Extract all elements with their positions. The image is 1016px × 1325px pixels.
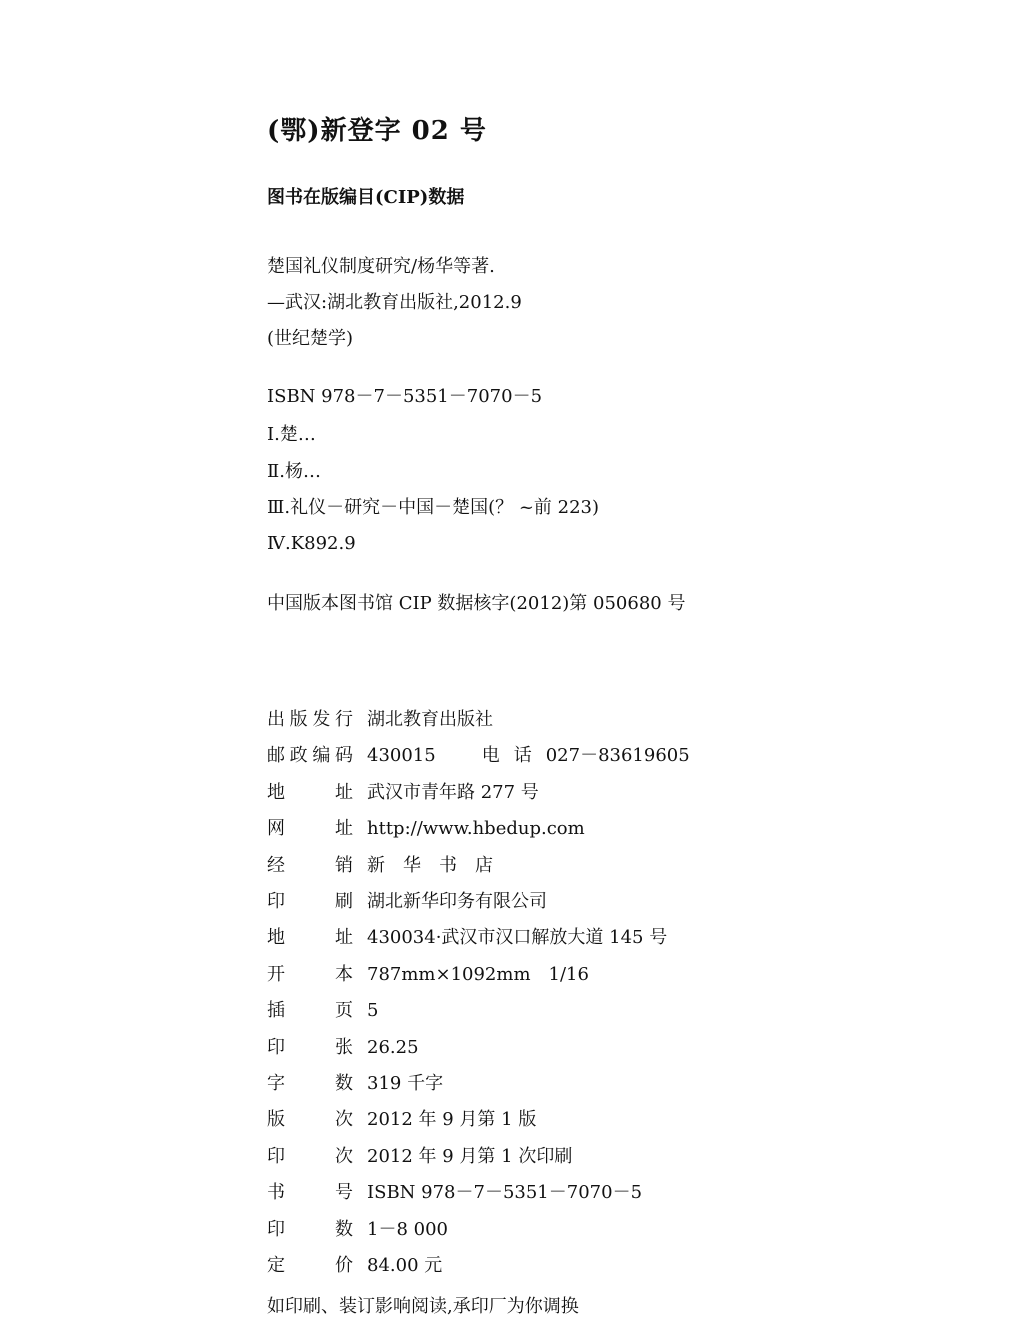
colophon-label: 邮政编码 xyxy=(267,744,353,768)
colophon-value: 新 华 书 店 xyxy=(367,854,493,878)
colophon-label: 出版发行 xyxy=(267,708,353,732)
colophon-label: 书号 xyxy=(267,1181,353,1205)
cip-publisher-line: —武汉:湖北教育出版社,2012.9 xyxy=(267,292,522,314)
colophon-value: 26.25 xyxy=(367,1036,419,1060)
cip-subject-2: Ⅱ.杨… xyxy=(267,461,321,483)
colophon-value: 湖北教育出版社 xyxy=(367,708,493,732)
cip-subject-3: Ⅲ.礼仪－研究－中国－楚国(？ ~前 223) xyxy=(267,497,599,519)
colophon-value: 2012 年 9 月第 1 版 xyxy=(367,1108,536,1132)
colophon-label: 开本 xyxy=(267,963,353,987)
colophon-sublabel-phone: 电话 xyxy=(482,744,532,768)
colophon-row-printer-address: 地址430034·武汉市汉口解放大道 145 号 xyxy=(267,926,667,950)
colophon-value: 787mm×1092mm 1/16 xyxy=(367,963,589,987)
colophon-row-printing: 印次2012 年 9 月第 1 次印刷 xyxy=(267,1145,572,1169)
colophon-row-isbn: 书号ISBN 978－7－5351－7070－5 xyxy=(267,1181,642,1205)
replacement-notice: 如印刷、装订影响阅读,承印厂为你调换 xyxy=(267,1292,579,1318)
colophon-value: 2012 年 9 月第 1 次印刷 xyxy=(367,1145,572,1169)
colophon-label: 印张 xyxy=(267,1036,353,1060)
cip-heading: 图书在版编目(CIP)数据 xyxy=(267,183,464,209)
colophon-row-website: 网址http://www.hbedup.com xyxy=(267,817,585,841)
colophon-value: http://www.hbedup.com xyxy=(367,817,585,841)
colophon-row-publisher: 出版发行湖北教育出版社 xyxy=(267,708,493,732)
colophon-label: 字数 xyxy=(267,1072,353,1096)
colophon-value: 武汉市青年路 277 号 xyxy=(367,781,539,805)
colophon-value: 1－8 000 xyxy=(367,1218,448,1242)
colophon-label: 印次 xyxy=(267,1145,353,1169)
colophon-label: 印刷 xyxy=(267,890,353,914)
cip-title-line: 楚国礼仪制度研究/杨华等著. xyxy=(267,256,495,278)
registration-number: (鄂)新登字 02 号 xyxy=(267,110,487,147)
cip-verification-number: 中国版本图书馆 CIP 数据核字(2012)第 050680 号 xyxy=(267,593,685,615)
colophon-label: 定价 xyxy=(267,1254,353,1278)
colophon-label: 插页 xyxy=(267,999,353,1023)
colophon-value: 430034·武汉市汉口解放大道 145 号 xyxy=(367,926,667,950)
colophon-row-format: 开本787mm×1092mm 1/16 xyxy=(267,963,589,987)
colophon-label: 印数 xyxy=(267,1218,353,1242)
colophon-value: 430015 xyxy=(367,744,436,768)
colophon-value: 5 xyxy=(367,999,378,1023)
colophon-row-word-count: 字数319 千字 xyxy=(267,1072,443,1096)
colophon-row-address: 地址武汉市青年路 277 号 xyxy=(267,781,539,805)
cip-subject-1: Ⅰ.楚… xyxy=(267,424,316,446)
cip-series-line: (世纪楚学) xyxy=(267,328,353,350)
colophon-row-sheets: 印张26.25 xyxy=(267,1036,419,1060)
colophon-label: 网址 xyxy=(267,817,353,841)
cip-subject-4: Ⅳ.K892.9 xyxy=(267,533,356,555)
cip-isbn-line: ISBN 978－7－5351－7070－5 xyxy=(267,386,542,408)
colophon-row-edition: 版次2012 年 9 月第 1 版 xyxy=(267,1108,536,1132)
colophon-row-print-run: 印数1－8 000 xyxy=(267,1218,448,1242)
colophon-value: 湖北新华印务有限公司 xyxy=(367,890,547,914)
colophon-value: 319 千字 xyxy=(367,1072,443,1096)
colophon-row-postcode: 邮政编码430015电话027－83619605 xyxy=(267,744,690,768)
colophon-row-printer: 印刷湖北新华印务有限公司 xyxy=(267,890,547,914)
colophon-label: 地址 xyxy=(267,926,353,950)
colophon-label: 地址 xyxy=(267,781,353,805)
colophon-row-distributor: 经销新 华 书 店 xyxy=(267,854,493,878)
colophon-label: 经销 xyxy=(267,854,353,878)
colophon-value-phone: 027－83619605 xyxy=(546,744,690,768)
colophon-label: 版次 xyxy=(267,1108,353,1132)
colophon-value: 84.00 元 xyxy=(367,1254,442,1278)
colophon-value: ISBN 978－7－5351－7070－5 xyxy=(367,1181,642,1205)
colophon-row-plates: 插页5 xyxy=(267,999,378,1023)
colophon-row-price: 定价84.00 元 xyxy=(267,1254,442,1278)
